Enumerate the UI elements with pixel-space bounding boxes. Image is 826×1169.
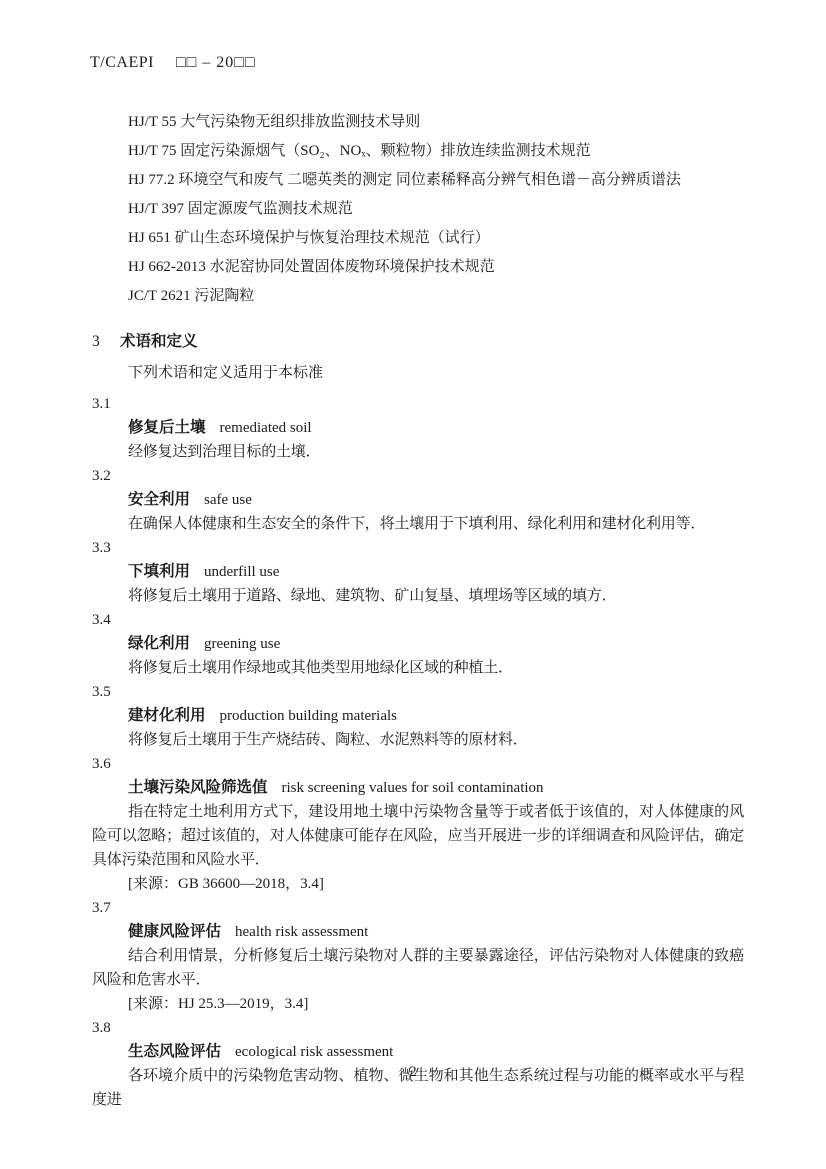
- term-title-en: safe use: [204, 492, 252, 508]
- term-definition: 指在特定土地利用方式下，建设用地土壤中污染物含量等于或者低于该值的，对人体健康的…: [92, 800, 744, 872]
- term-title: 生态风险评估ecological risk assessment: [128, 1040, 744, 1064]
- section-heading: 3术语和定义: [92, 330, 744, 354]
- term-title-zh: 安全利用: [128, 491, 190, 508]
- reference-item: HJ/T 55 大气污染物无组织排放监测技术导则: [128, 108, 768, 137]
- term-title-en: underfill use: [204, 564, 279, 580]
- term-title-en: health risk assessment: [235, 924, 368, 940]
- term-definition: 将修复后土壤用于生产烧结砖、陶粒、水泥熟料等的原材料．: [92, 728, 744, 752]
- term-number: 3.5: [92, 680, 744, 704]
- reference-item: HJ/T 397 固定源废气监测技术规范: [128, 195, 768, 224]
- term-number: 3.3: [92, 536, 744, 560]
- reference-item: HJ/T 75 固定污染源烟气（SO₂、NOₓ、颗粒物）排放连续监测技术规范: [128, 137, 768, 166]
- page-number: 2: [0, 1064, 826, 1081]
- term-title-zh: 生态风险评估: [128, 1043, 221, 1060]
- term-title-en: risk screening values for soil contamina…: [282, 780, 544, 796]
- term-title-zh: 下填利用: [128, 563, 190, 580]
- term-definition: 经修复达到治理目标的土壤．: [92, 440, 744, 464]
- term-title-en: remediated soil: [220, 420, 312, 436]
- term-title-zh: 修复后土壤: [128, 419, 206, 436]
- references-list: HJ/T 55 大气污染物无组织排放监测技术导则 HJ/T 75 固定污染源烟气…: [128, 108, 768, 311]
- term-source: [来源：GB 36600—2018，3.4]: [128, 872, 744, 896]
- term-title-zh: 土壤污染风险筛选值: [128, 779, 268, 796]
- reference-item: HJ 77.2 环境空气和废气 二噁英类的测定 同位素稀释高分辨气相色谱－高分辨…: [128, 166, 768, 195]
- term-number: 3.4: [92, 608, 744, 632]
- term-title-en: greening use: [204, 636, 280, 652]
- term-title: 土壤污染风险筛选值risk screening values for soil …: [128, 776, 744, 800]
- document-header: T/CAEPI□□ – 20□□: [90, 54, 256, 72]
- term-definition: 将修复后土壤用于道路、绿地、建筑物、矿山复垦、填埋场等区域的填方．: [92, 584, 744, 608]
- term-definition: 在确保人体健康和生态安全的条件下，将土壤用于下填利用、绿化利用和建材化利用等．: [92, 512, 744, 536]
- term-number: 3.8: [92, 1016, 744, 1040]
- term-title-zh: 建材化利用: [128, 707, 206, 724]
- term-title-en: ecological risk assessment: [235, 1044, 393, 1060]
- section-intro: 下列术语和定义适用于本标准: [128, 361, 744, 385]
- reference-item: HJ 651 矿山生态环境保护与恢复治理技术规范（试行）: [128, 224, 768, 253]
- term-definition: 将修复后土壤用作绿地或其他类型用地绿化区域的种植土．: [92, 656, 744, 680]
- term-number: 3.2: [92, 464, 744, 488]
- term-title: 修复后土壤remediated soil: [128, 416, 744, 440]
- term-number: 3.1: [92, 392, 744, 416]
- document-page: T/CAEPI□□ – 20□□ HJ/T 55 大气污染物无组织排放监测技术导…: [0, 0, 826, 1169]
- term-definition: 结合利用情景，分析修复后土壤污染物对人群的主要暴露途径，评估污染物对人体健康的致…: [92, 944, 744, 992]
- section-number: 3: [92, 330, 120, 354]
- term-number: 3.6: [92, 752, 744, 776]
- section-title: 术语和定义: [120, 333, 198, 350]
- reference-item: HJ 662-2013 水泥窑协同处置固体废物环境保护技术规范: [128, 253, 768, 282]
- term-title-en: production building materials: [220, 708, 397, 724]
- term-title-zh: 绿化利用: [128, 635, 190, 652]
- term-title-zh: 健康风险评估: [128, 923, 221, 940]
- term-title: 建材化利用production building materials: [128, 704, 744, 728]
- reference-item: JC/T 2621 污泥陶粒: [128, 282, 768, 311]
- term-source: [来源：HJ 25.3—2019，3.4]: [128, 992, 744, 1016]
- term-title: 安全利用safe use: [128, 488, 744, 512]
- term-title: 健康风险评估health risk assessment: [128, 920, 744, 944]
- term-title: 绿化利用greening use: [128, 632, 744, 656]
- term-number: 3.7: [92, 896, 744, 920]
- term-title: 下填利用underfill use: [128, 560, 744, 584]
- standard-code-label: T/CAEPI: [90, 54, 154, 71]
- terms-and-definitions-section: 3术语和定义 下列术语和定义适用于本标准 3.1 修复后土壤remediated…: [92, 330, 744, 1112]
- standard-number-placeholder: □□ – 20□□: [176, 54, 256, 71]
